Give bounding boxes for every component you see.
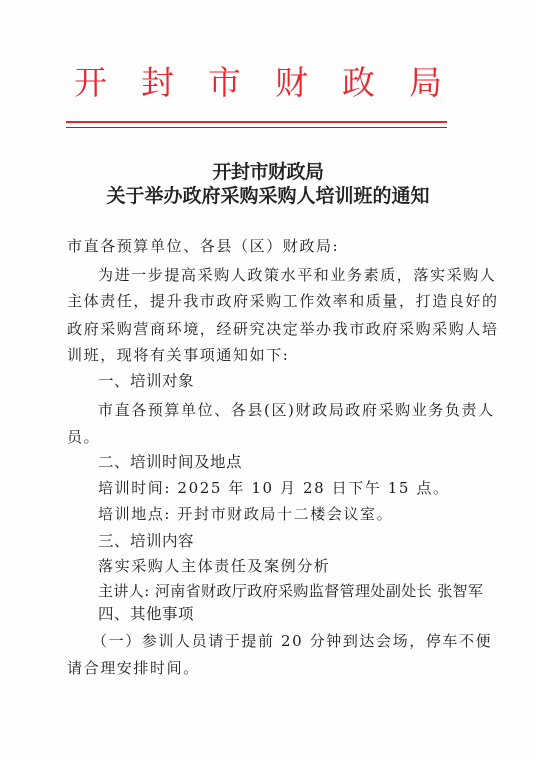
document-page: 开 封 市 财 政 局 开封市财政局 关于举办政府采购采购人培训班的通知 市直各… [0, 0, 536, 758]
section-line: 培训时间: 2025 年 10 月 28 日下午 15 点。 [98, 478, 482, 498]
masthead-char: 政 [341, 64, 376, 102]
section-line: 员。 [67, 427, 451, 447]
masthead-char: 局 [408, 64, 443, 102]
document-title-issuer: 开封市财政局 [0, 160, 536, 184]
masthead-dark-rule [66, 127, 447, 128]
section-heading-time-place: 二、培训时间及地点 [98, 452, 482, 472]
masthead-char: 财 [274, 64, 309, 102]
section-line-speaker: 主讲人: 河南省财政厅政府采购监督管理处副处长 张智军 [98, 581, 482, 601]
masthead-issuer: 开 封 市 财 政 局 [73, 64, 443, 102]
intro-line: 为进一步提高采购人政策水平和业务素质，落实采购人 [98, 265, 482, 285]
section-line: 落实采购人主体责任及案例分析 [98, 556, 482, 576]
masthead-red-rule [66, 121, 447, 123]
section-line: 培训地点: 开封市财政局十二楼会议室。 [98, 504, 482, 524]
intro-line: 政府采购营商环境，经研究决定举办我市政府采购采购人培 [67, 319, 451, 339]
section-heading-other: 四、其他事项 [98, 604, 482, 624]
intro-line: 主体责任，提升我市政府采购工作效率和质量，打造良好的 [67, 291, 451, 311]
intro-line: 训班，现将有关事项通知如下: [67, 345, 451, 365]
section-heading-content: 三、培训内容 [98, 531, 482, 551]
masthead-char: 封 [140, 64, 175, 102]
section-line: 市直各预算单位、各县(区)财政局政府采购业务负责人 [98, 400, 482, 420]
section-line: 请合理安排时间。 [67, 658, 451, 678]
salutation: 市直各预算单位、各县（区）财政局: [67, 236, 451, 256]
section-line: （一）参训人员请于提前 20 分钟到达会场，停车不便 [92, 631, 476, 651]
masthead-char: 市 [207, 64, 242, 102]
document-title-subject: 关于举办政府采购采购人培训班的通知 [0, 184, 536, 208]
section-heading-participants: 一、培训对象 [98, 371, 482, 391]
masthead-char: 开 [73, 64, 108, 102]
